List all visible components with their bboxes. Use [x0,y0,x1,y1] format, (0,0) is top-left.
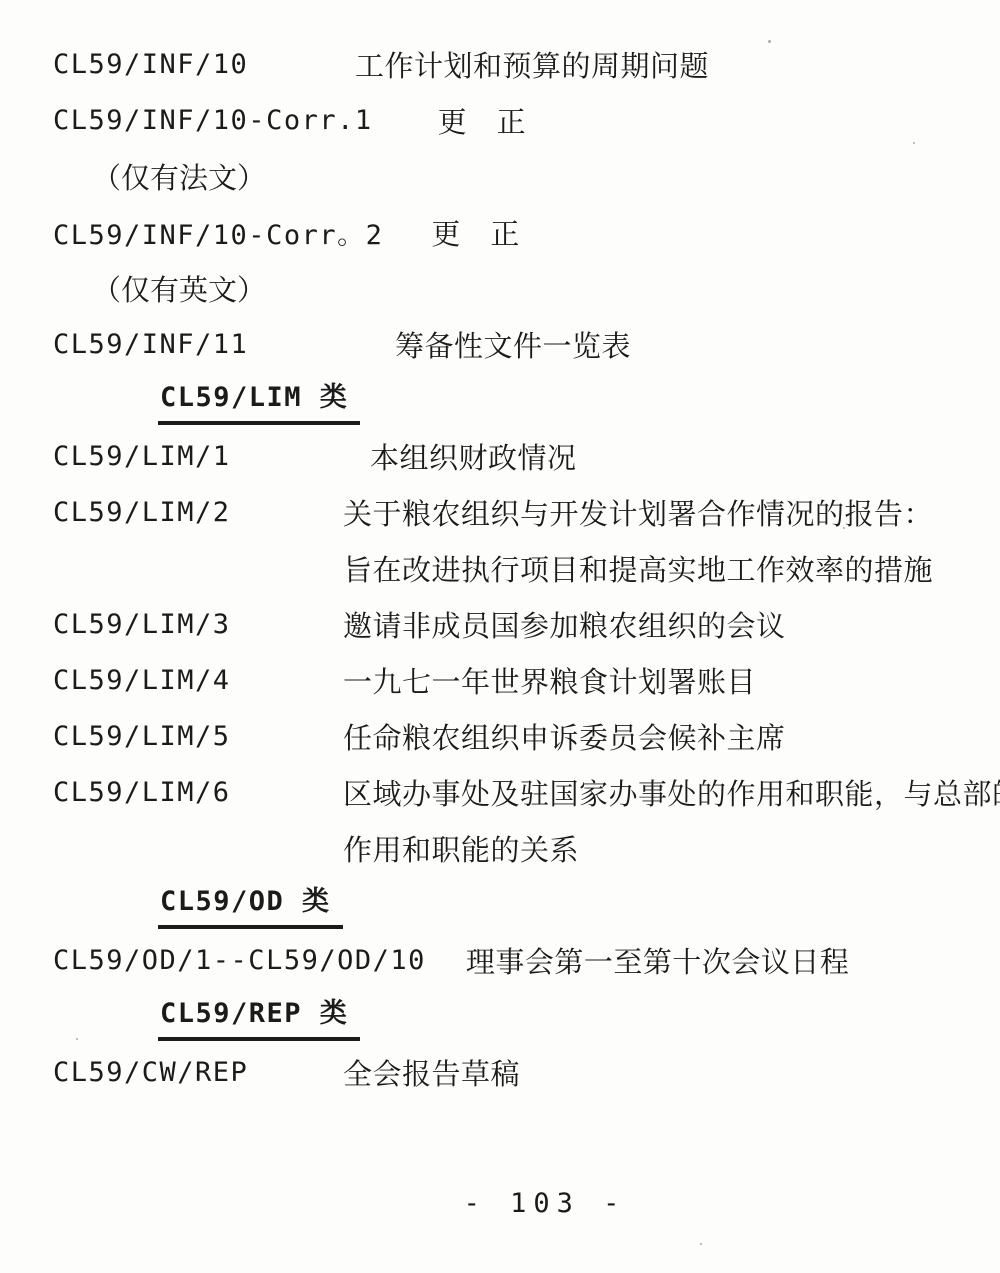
document-entry-row: CL59/INF/11筹备性文件一览表 [53,316,1000,372]
doc-description: 区域办事处及驻国家办事处的作用和职能，与总部的 [343,772,1000,813]
doc-description: 任命粮农组织申诉委员会候补主席 [343,716,786,757]
document-entry-row: CL59/OD/1--CL59/OD/10理事会第一至第十次会议日程 [53,932,1000,988]
document-entry-row: CL59/LIM/5任命粮农组织申诉委员会候补主席 [53,708,1000,764]
document-entry-row: CL59/LIM/4一九七一年世界粮食计划署账目 [53,652,1000,708]
doc-description: 工作计划和预算的周期问题 [343,44,709,85]
document-entry-row: CL59/LIM/3邀请非成员国参加粮农组织的会议 [53,596,1000,652]
doc-description: 筹备性文件一览表 [343,324,631,365]
document-entry-row: CL59/INF/10-Corr。2更 正 [53,204,1000,260]
doc-code: CL59/LIM/3 [53,609,343,640]
scan-speckle [913,142,915,144]
doc-description: 邀请非成员国参加粮农组织的会议 [343,604,786,645]
doc-code: CL59/LIM/6 [53,777,343,808]
doc-code: CL59/INF/10-Corr。2 [53,213,383,252]
scan-speckle [768,40,771,43]
doc-code: CL59/INF/10 [53,49,343,80]
doc-description: 理事会第一至第十次会议日程 [426,940,850,981]
document-body: CL59/INF/10工作计划和预算的周期问题CL59/INF/10-Corr.… [0,0,1000,1100]
section-heading: CL59/OD 类 [158,879,343,929]
doc-description: 本组织财政情况 [343,436,577,477]
doc-description: 一九七一年世界粮食计划署账目 [343,660,756,701]
section-heading-row: CL59/REP 类 [53,988,1000,1044]
section-heading-row: CL59/LIM 类 [53,372,1000,428]
section-heading: CL59/LIM 类 [158,375,360,425]
doc-code: CL59/INF/10-Corr.1 [53,105,373,136]
document-entry-row: CL59/INF/10工作计划和预算的周期问题 [53,36,1000,92]
doc-description: 更 正 [383,212,520,253]
doc-code: CL59/LIM/4 [53,665,343,696]
doc-code: CL59/LIM/2 [53,497,343,528]
continuation-row: 旨在改进执行项目和提高实地工作效率的措施 [53,540,1000,596]
doc-code: CL59/LIM/1 [53,441,343,472]
document-entry-row: CL59/INF/10-Corr.1更 正 [53,92,1000,148]
doc-code: CL59/OD/1--CL59/OD/10 [53,945,426,976]
doc-description: 更 正 [373,100,527,141]
section-heading: CL59/REP 类 [158,991,360,1041]
doc-code: CL59/LIM/5 [53,721,343,752]
section-heading-row: CL59/OD 类 [53,876,1000,932]
doc-description: 全会报告草稿 [343,1052,520,1093]
scanned-document-page: CL59/INF/10工作计划和预算的周期问题CL59/INF/10-Corr.… [0,0,1000,1273]
document-entry-row: CL59/LIM/2关于粮农组织与开发计划署合作情况的报告： [53,484,1000,540]
doc-code: CL59/CW/REP [53,1057,343,1088]
document-entry-row: CL59/LIM/6区域办事处及驻国家办事处的作用和职能，与总部的 [53,764,1000,820]
scan-speckle [843,527,845,529]
language-note-row: （仅有英文） [53,260,1000,316]
continuation-row: 作用和职能的关系 [53,820,1000,876]
scan-speckle [76,1038,78,1040]
document-entry-row: CL59/CW/REP全会报告草稿 [53,1044,1000,1100]
document-entry-row: CL59/LIM/1本组织财政情况 [53,428,1000,484]
scan-speckle [700,1243,702,1245]
doc-code: CL59/INF/11 [53,329,343,360]
language-note-row: （仅有法文） [53,148,1000,204]
page-number: - 103 - [464,1188,627,1219]
